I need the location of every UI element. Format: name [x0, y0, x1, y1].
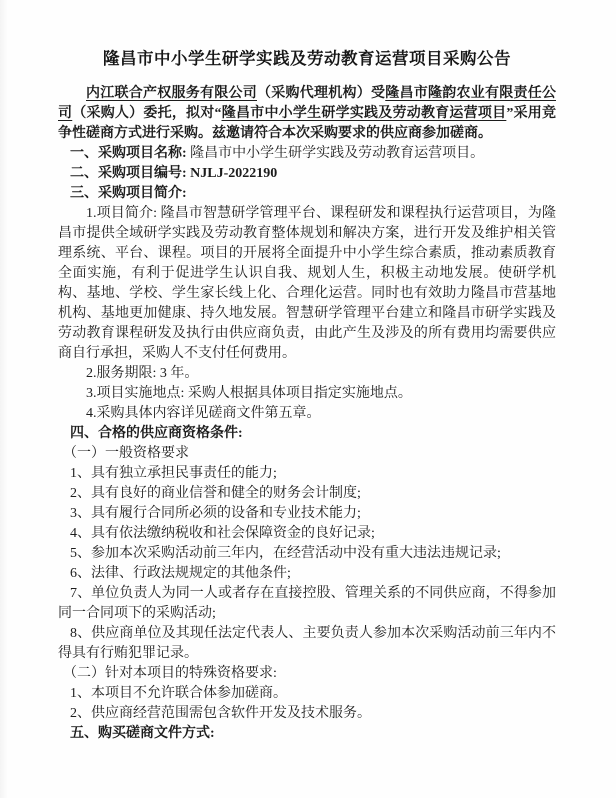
scan-shadow — [0, 0, 8, 798]
general-item-3: 3、具有履行合同所必须的设备和专业技术能力; — [58, 504, 556, 524]
section-purchase-docs-heading: 五、购买磋商文件方式: — [58, 724, 556, 744]
brief-item-service-term: 2.服务期限: 3 年。 — [58, 364, 556, 384]
brief-item-intro: 1.项目简介: 隆昌市智慧研学管理平台、课程研发和课程执行运营项目，为隆昌市提供… — [58, 204, 556, 364]
page-title: 隆昌市中小学生研学实践及劳动教育运营项目采购公告 — [58, 48, 556, 70]
section-project-number-label: 二、采购项目编号: — [70, 166, 187, 181]
agency-role-text: （采购代理机构）受 — [257, 86, 385, 101]
general-item-1: 1、具有独立承担民事责任的能力; — [58, 464, 556, 484]
general-qualification-subheading: （一）一般资格要求 — [58, 444, 556, 464]
agency-name: 内江联合产权服务有限公司 — [86, 86, 257, 101]
section-project-name-label: 一、采购项目名称: — [70, 146, 187, 161]
entrust-text: （采购人）委托，拟对“ — [72, 106, 221, 121]
section-project-brief-heading: 三、采购项目简介: — [58, 184, 556, 204]
general-item-5: 5、参加本次采购活动前三年内，在经营活动中没有重大违法违规记录; — [58, 544, 556, 564]
section-project-name-value: 隆昌市中小学生研学实践及劳动教育运营项目。 — [187, 146, 485, 161]
general-item-4: 4、具有依法缴纳税收和社会保障资金的良好记录; — [58, 524, 556, 544]
project-name: 隆昌市中小学生研学实践及劳动教育运营项目 — [222, 106, 507, 121]
section-project-name: 一、采购项目名称: 隆昌市中小学生研学实践及劳动教育运营项目。 — [58, 144, 556, 164]
special-item-2: 2、供应商经营范围需包含软件开发及技术服务。 — [58, 704, 556, 724]
brief-item-details: 4.采购具体内容详见磋商文件第五章。 — [58, 404, 556, 424]
special-qualification-subheading: （二）针对本项目的特殊资格要求: — [58, 664, 556, 684]
general-item-6: 6、法律、行政法规规定的其他条件; — [58, 564, 556, 584]
special-item-1: 1、本项目不允许联合体参加磋商。 — [58, 684, 556, 704]
brief-item-location: 3.项目实施地点: 采购人根据具体项目指定实施地点。 — [58, 384, 556, 404]
general-item-7: 7、单位负责人为同一人或者存在直接控股、管理关系的不同供应商，不得参加同一合同项… — [58, 584, 556, 624]
intro-paragraph: 内江联合产权服务有限公司（采购代理机构）受隆昌市隆韵农业有限责任公司（采购人）委… — [58, 84, 556, 144]
section-project-number: 二、采购项目编号: NJLJ-2022190 — [58, 164, 556, 184]
general-item-2: 2、具有良好的商业信誉和健全的财务会计制度; — [58, 484, 556, 504]
section-qualification-heading: 四、合格的供应商资格条件: — [58, 424, 556, 444]
project-number-value: NJLJ-2022190 — [187, 166, 278, 181]
general-item-8: 8、供应商单位及其现任法定代表人、主要负责人参加本次采购活动前三年内不得具有行贿… — [58, 624, 556, 664]
document-page: 隆昌市中小学生研学实践及劳动教育运营项目采购公告 内江联合产权服务有限公司（采购… — [0, 0, 616, 798]
